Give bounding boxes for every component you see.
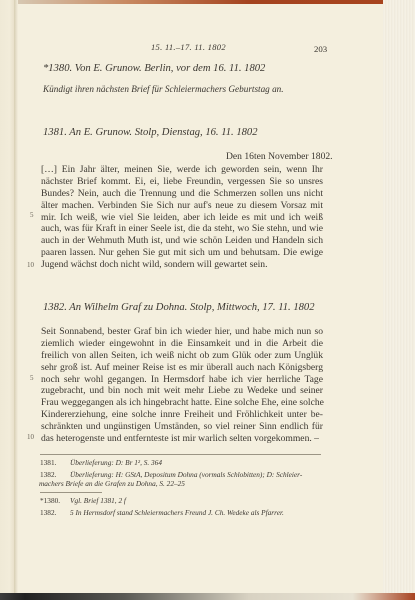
text-line: Kindererziehung, eine solche innre Freih…: [41, 409, 323, 421]
text-line: Bundes? Nein, auch die Trennung und die …: [41, 188, 323, 200]
book-cover-top-edge: [0, 0, 415, 4]
text-line: noch sehr wohl gegangen. In Hermsdorf ha…: [41, 374, 323, 386]
page-edges: [383, 0, 415, 600]
text-line: paaren lassen. Nur gehen Sie gut mit sic…: [41, 247, 323, 259]
commentary-rule: [40, 492, 102, 493]
text-line: schränkten und ungünstigen Umständen, so…: [41, 421, 323, 433]
commentary-note-1380: *1380.Vgl. Brief 1381, 2 f: [40, 496, 126, 505]
letter-heading-1381: 1381. An E. Grunow. Stolp, Dienstag, 16.…: [43, 127, 258, 138]
note-text: Vgl. Brief 1381, 2 f: [70, 496, 126, 505]
note-number: *1380.: [40, 496, 70, 505]
note-number: 1382.: [40, 508, 70, 517]
text-line: Frau weggegangen als ich hingebracht hat…: [41, 397, 323, 409]
page-number: 203: [314, 44, 327, 55]
running-head: 15. 11.–17. 11. 1802: [151, 42, 226, 53]
letter-summary-1380: Kündigt ihren nächsten Brief für Schleie…: [43, 84, 284, 95]
text-line: Jugend wächst doch nicht wild, sondern w…: [41, 259, 323, 271]
note-text: 5 In Hermsdorf stand Schleiermachers Fre…: [70, 508, 284, 517]
letter-text-1381: […] Ein Jahr älter, meinen Sie, werde ic…: [41, 164, 323, 271]
apparatus-note-1382-continued: machers Briefe an die Grafen zu Dohna, S…: [39, 479, 185, 488]
text-line: ziemlich wieder eingewohnt in die Einsam…: [41, 338, 323, 350]
text-line: das heterogenste und entfernteste ist mi…: [41, 433, 323, 445]
text-line: älter machen. Verbinden Sie Sich nur auf…: [41, 200, 323, 212]
book-bottom-edge: [0, 593, 415, 600]
text-line: nächster Brief kommt. Ei, ei, liebe Freu…: [41, 176, 323, 188]
commentary-note-1382: 1382.5 In Hermsdorf stand Schleiermacher…: [40, 508, 284, 517]
text-line: Seit Sonnabend, bester Graf bin ich wied…: [41, 326, 323, 338]
letter-text-1382: Seit Sonnabend, bester Graf bin ich wied…: [41, 326, 323, 445]
line-number: 5: [30, 373, 34, 384]
apparatus-note-1381: 1381.Überlieferung: D: Br 1², S. 364: [40, 458, 162, 467]
text-line: mir. Ich weiß, wie viel Sie leiden, aber…: [41, 212, 323, 224]
apparatus-note-1382: 1382.Überlieferung: H: GStA, Depositum D…: [40, 470, 302, 479]
letter-heading-1380: *1380. Von E. Grunow. Berlin, vor dem 16…: [43, 63, 265, 74]
letter-heading-1382: 1382. An Wilhelm Graf zu Dohna. Stolp, M…: [43, 302, 315, 313]
note-number: 1381.: [40, 458, 70, 467]
line-number: 10: [27, 260, 34, 271]
letter-dateline-1381: Den 16ten November 1802.: [226, 151, 333, 162]
gutter-shadow: [14, 0, 18, 600]
text-line: auch in der Wehmuth Muth ist, und wie sc…: [41, 235, 323, 247]
note-text: Überlieferung: D: Br 1², S. 364: [70, 458, 162, 467]
line-number: 5: [30, 210, 34, 221]
text-line: […] Ein Jahr älter, meinen Sie, werde ic…: [41, 164, 323, 176]
line-number: 10: [27, 432, 34, 443]
text-line: auch, was für Kraft in einer Seele ist, …: [41, 223, 323, 235]
apparatus-rule: [40, 454, 321, 455]
text-line: sehr groß ist. Auf meiner Reise ist es m…: [41, 362, 323, 374]
text-line: freilich von allen Seiten, ich weiß nich…: [41, 350, 323, 362]
text-line: zugebracht, und bin noch mit weit mehr L…: [41, 385, 323, 397]
note-text: Überlieferung: H: GStA, Depositum Dohna …: [70, 470, 302, 479]
note-number: 1382.: [40, 470, 70, 479]
